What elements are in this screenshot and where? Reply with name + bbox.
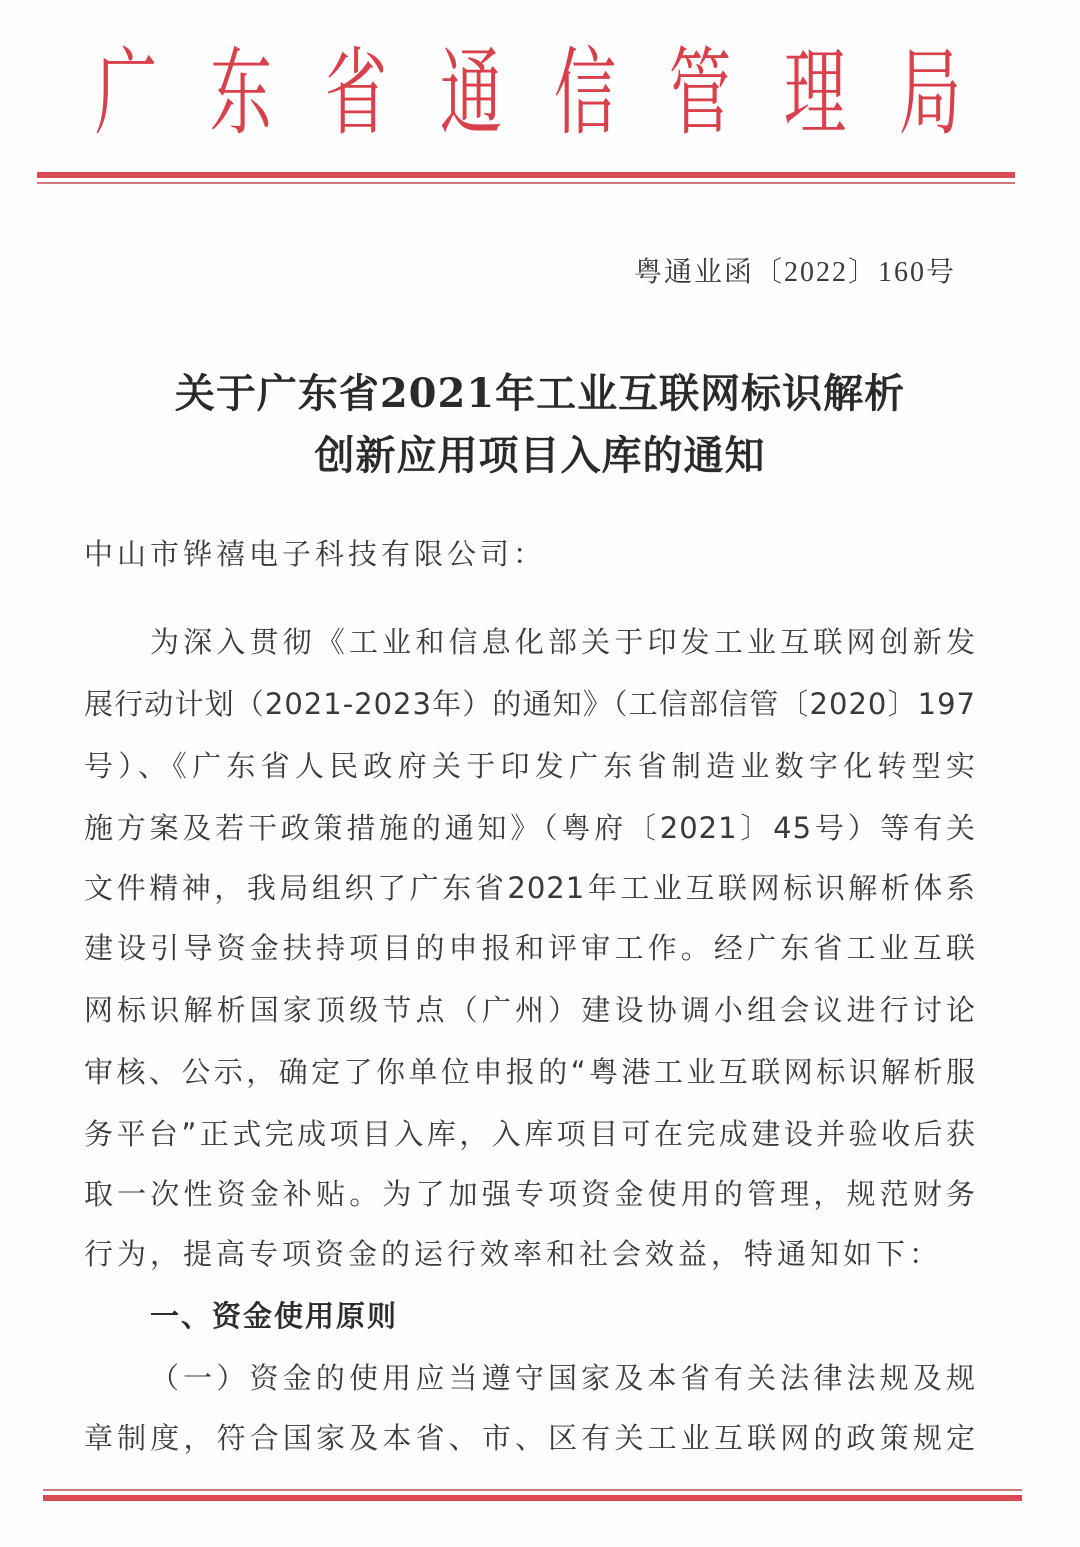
section-heading: 一、资金使用原则 xyxy=(150,1294,398,1335)
body-line: 文件精神，我局组织了广东省2021年工业互联网标识解析体系 xyxy=(84,866,976,907)
body-line: 施方案及若干政策措施的通知》（粤府〔2021〕45号）等有关 xyxy=(84,806,976,847)
document-title-line-1: 关于广东省2021年工业互联网标识解析 xyxy=(0,362,1080,419)
body-line: 取一次性资金补贴。为了加强专项资金使用的管理，规范财务 xyxy=(84,1172,976,1213)
document-title-line-2: 创新应用项目入库的通知 xyxy=(0,424,1080,481)
masthead-char: 省 xyxy=(325,24,387,162)
masthead-char: 广 xyxy=(95,24,157,162)
footer-rule-thin xyxy=(43,1489,1022,1491)
section-line: 章制度，符合国家及本省、市、区有关工业互联网的政策规定 xyxy=(84,1416,976,1457)
header-rule-thin xyxy=(37,182,1015,184)
document-page: 广 东 省 通 信 管 理 局 粤通业函〔2022〕160号 关于广东省2021… xyxy=(0,0,1080,1547)
masthead-char: 通 xyxy=(439,24,501,162)
body-line: 审核、公示，确定了你单位申报的“粤港工业互联网标识解析服 xyxy=(84,1050,976,1091)
masthead-char: 局 xyxy=(899,24,961,162)
section-line: （一）资金的使用应当遵守国家及本省有关法律法规及规 xyxy=(150,1356,976,1397)
masthead-char: 信 xyxy=(554,24,616,162)
body-line: 展行动计划（2021-2023年）的通知》（工信部信管〔2020〕197 xyxy=(84,682,976,723)
body-line: 行为，提高专项资金的运行效率和社会效益，特通知如下： xyxy=(84,1232,976,1273)
body-line: 建设引导资金扶持项目的申报和评审工作。经广东省工业互联 xyxy=(84,926,976,967)
body-line: 务平台”正式完成项目入库，入库项目可在完成建设并验收后获 xyxy=(84,1112,976,1153)
recipient: 中山市铧禧电子科技有限公司： xyxy=(84,532,976,573)
footer-rule-thick xyxy=(43,1495,1022,1501)
masthead-char: 管 xyxy=(669,24,731,162)
body-line: 为深入贯彻《工业和信息化部关于印发工业互联网创新发 xyxy=(150,620,976,661)
body-line: 网标识解析国家顶级节点（广州）建设协调小组会议进行讨论 xyxy=(84,988,976,1029)
masthead-char: 理 xyxy=(784,24,846,162)
masthead-char: 东 xyxy=(210,24,272,162)
masthead-title: 广 东 省 通 信 管 理 局 xyxy=(88,38,968,148)
document-number: 粤通业函〔2022〕160号 xyxy=(634,250,956,290)
body-line: 号）、《广东省人民政府关于印发广东省制造业数字化转型实 xyxy=(84,744,976,785)
header-rule-thick xyxy=(37,172,1015,178)
